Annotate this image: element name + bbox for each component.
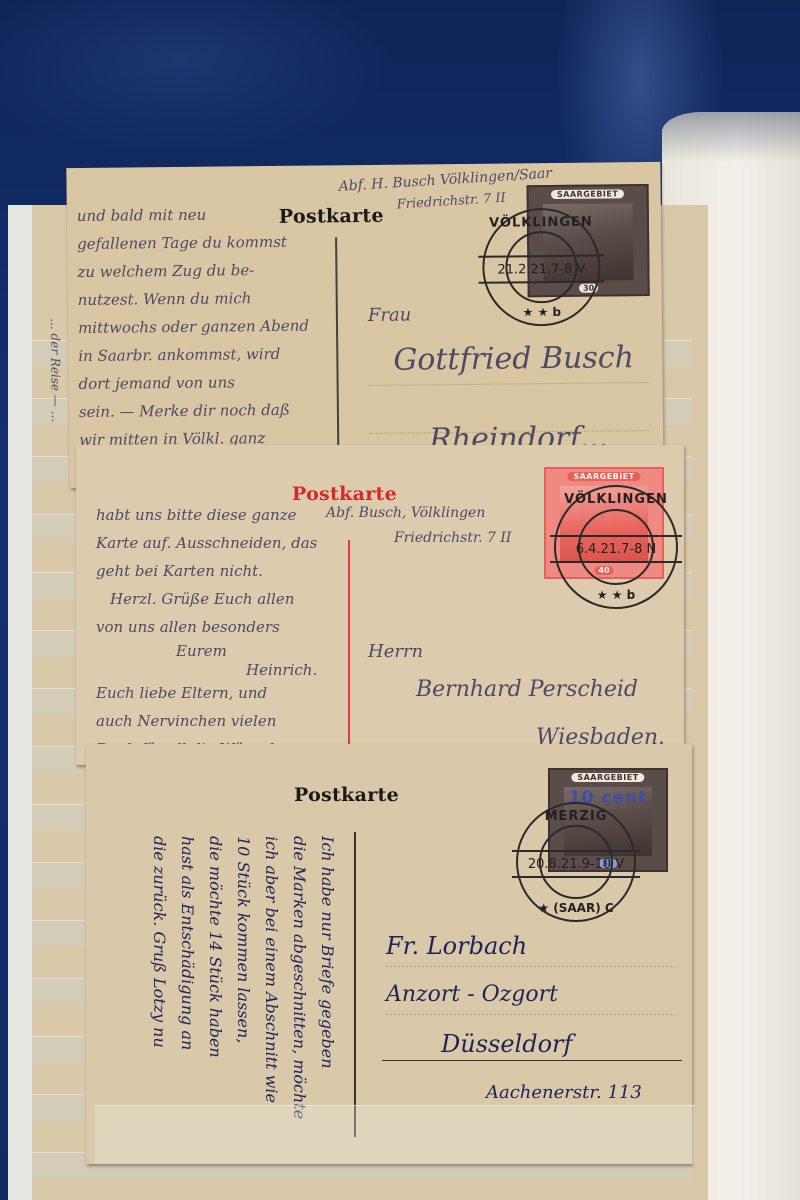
card-divider [348, 540, 350, 770]
sender-line: Friedrichstr. 7 II [396, 191, 506, 213]
postkarte-title: Postkarte [279, 205, 384, 228]
stamp-label: SAARGEBIET [551, 189, 624, 199]
postmark-town: MERZIG [518, 809, 634, 824]
address-name: Bernhard Perscheid [416, 677, 638, 702]
address-street: Aachenerstr. 113 [486, 1082, 642, 1103]
postmark-date: 21.2.21.7-8 V [478, 254, 604, 283]
postcard-1: ... der Reise — ... und bald mit neu gef… [66, 162, 663, 488]
address-name: Gottfried Busch [393, 340, 634, 378]
postkarte-title: Postkarte [294, 784, 399, 806]
address-salutation: Herrn [368, 641, 423, 662]
card-message: Ich habe nur Briefe gegeben die Marken a… [145, 836, 341, 1119]
postmark: VÖLKLINGEN 21.2.21.7-8 V ★ ★ b [482, 208, 601, 327]
glassine-interleaf-edge [662, 112, 800, 162]
address-line: Anzort - Ozgort [386, 982, 558, 1007]
postmark-town: VÖLKLINGEN [556, 492, 676, 507]
postmark: MERZIG 20.8.21.9-10 V ★ (SAAR) C [516, 802, 636, 922]
card-message: habt uns bitte diese ganze Karte auf. Au… [96, 501, 317, 763]
address-city: Düsseldorf [441, 1030, 572, 1058]
postmark-date: 20.8.21.9-10 V [512, 850, 640, 878]
stamp-label: SAARGEBIET [567, 472, 640, 481]
stamp-label: SAARGEBIET [571, 773, 644, 782]
margin-note: ... der Reise — ... [48, 318, 63, 422]
sender-line: Abf. H. Busch Völklingen/Saar [338, 165, 552, 194]
stockbook-sleeve [95, 1105, 695, 1164]
postmark-bottom: ★ ★ b [485, 305, 599, 320]
postmark-bottom: ★ ★ b [556, 588, 676, 602]
sender-line: Friedrichstr. 7 II [394, 530, 511, 546]
postcard-2: Postkarte habt uns bitte diese ganze Kar… [76, 445, 684, 765]
card-divider [354, 832, 356, 1137]
sender-line: Abf. Busch, Völklingen [326, 505, 485, 521]
postmark-bottom: ★ (SAAR) C [518, 901, 634, 915]
card-message: und bald mit neu gefallenen Tage du komm… [77, 200, 311, 454]
postcard-3: Postkarte Ich habe nur Briefe gegeben di… [86, 744, 692, 1164]
stockbook-page-edge [8, 205, 32, 1200]
postmark-date: 6.4.21.7-8 N [550, 535, 682, 563]
address-salutation: Frau [368, 305, 412, 326]
postmark-town: VÖLKLINGEN [484, 215, 598, 231]
address-name: Fr. Lorbach [386, 932, 527, 960]
postmark: VÖLKLINGEN 6.4.21.7-8 N ★ ★ b [554, 485, 678, 609]
